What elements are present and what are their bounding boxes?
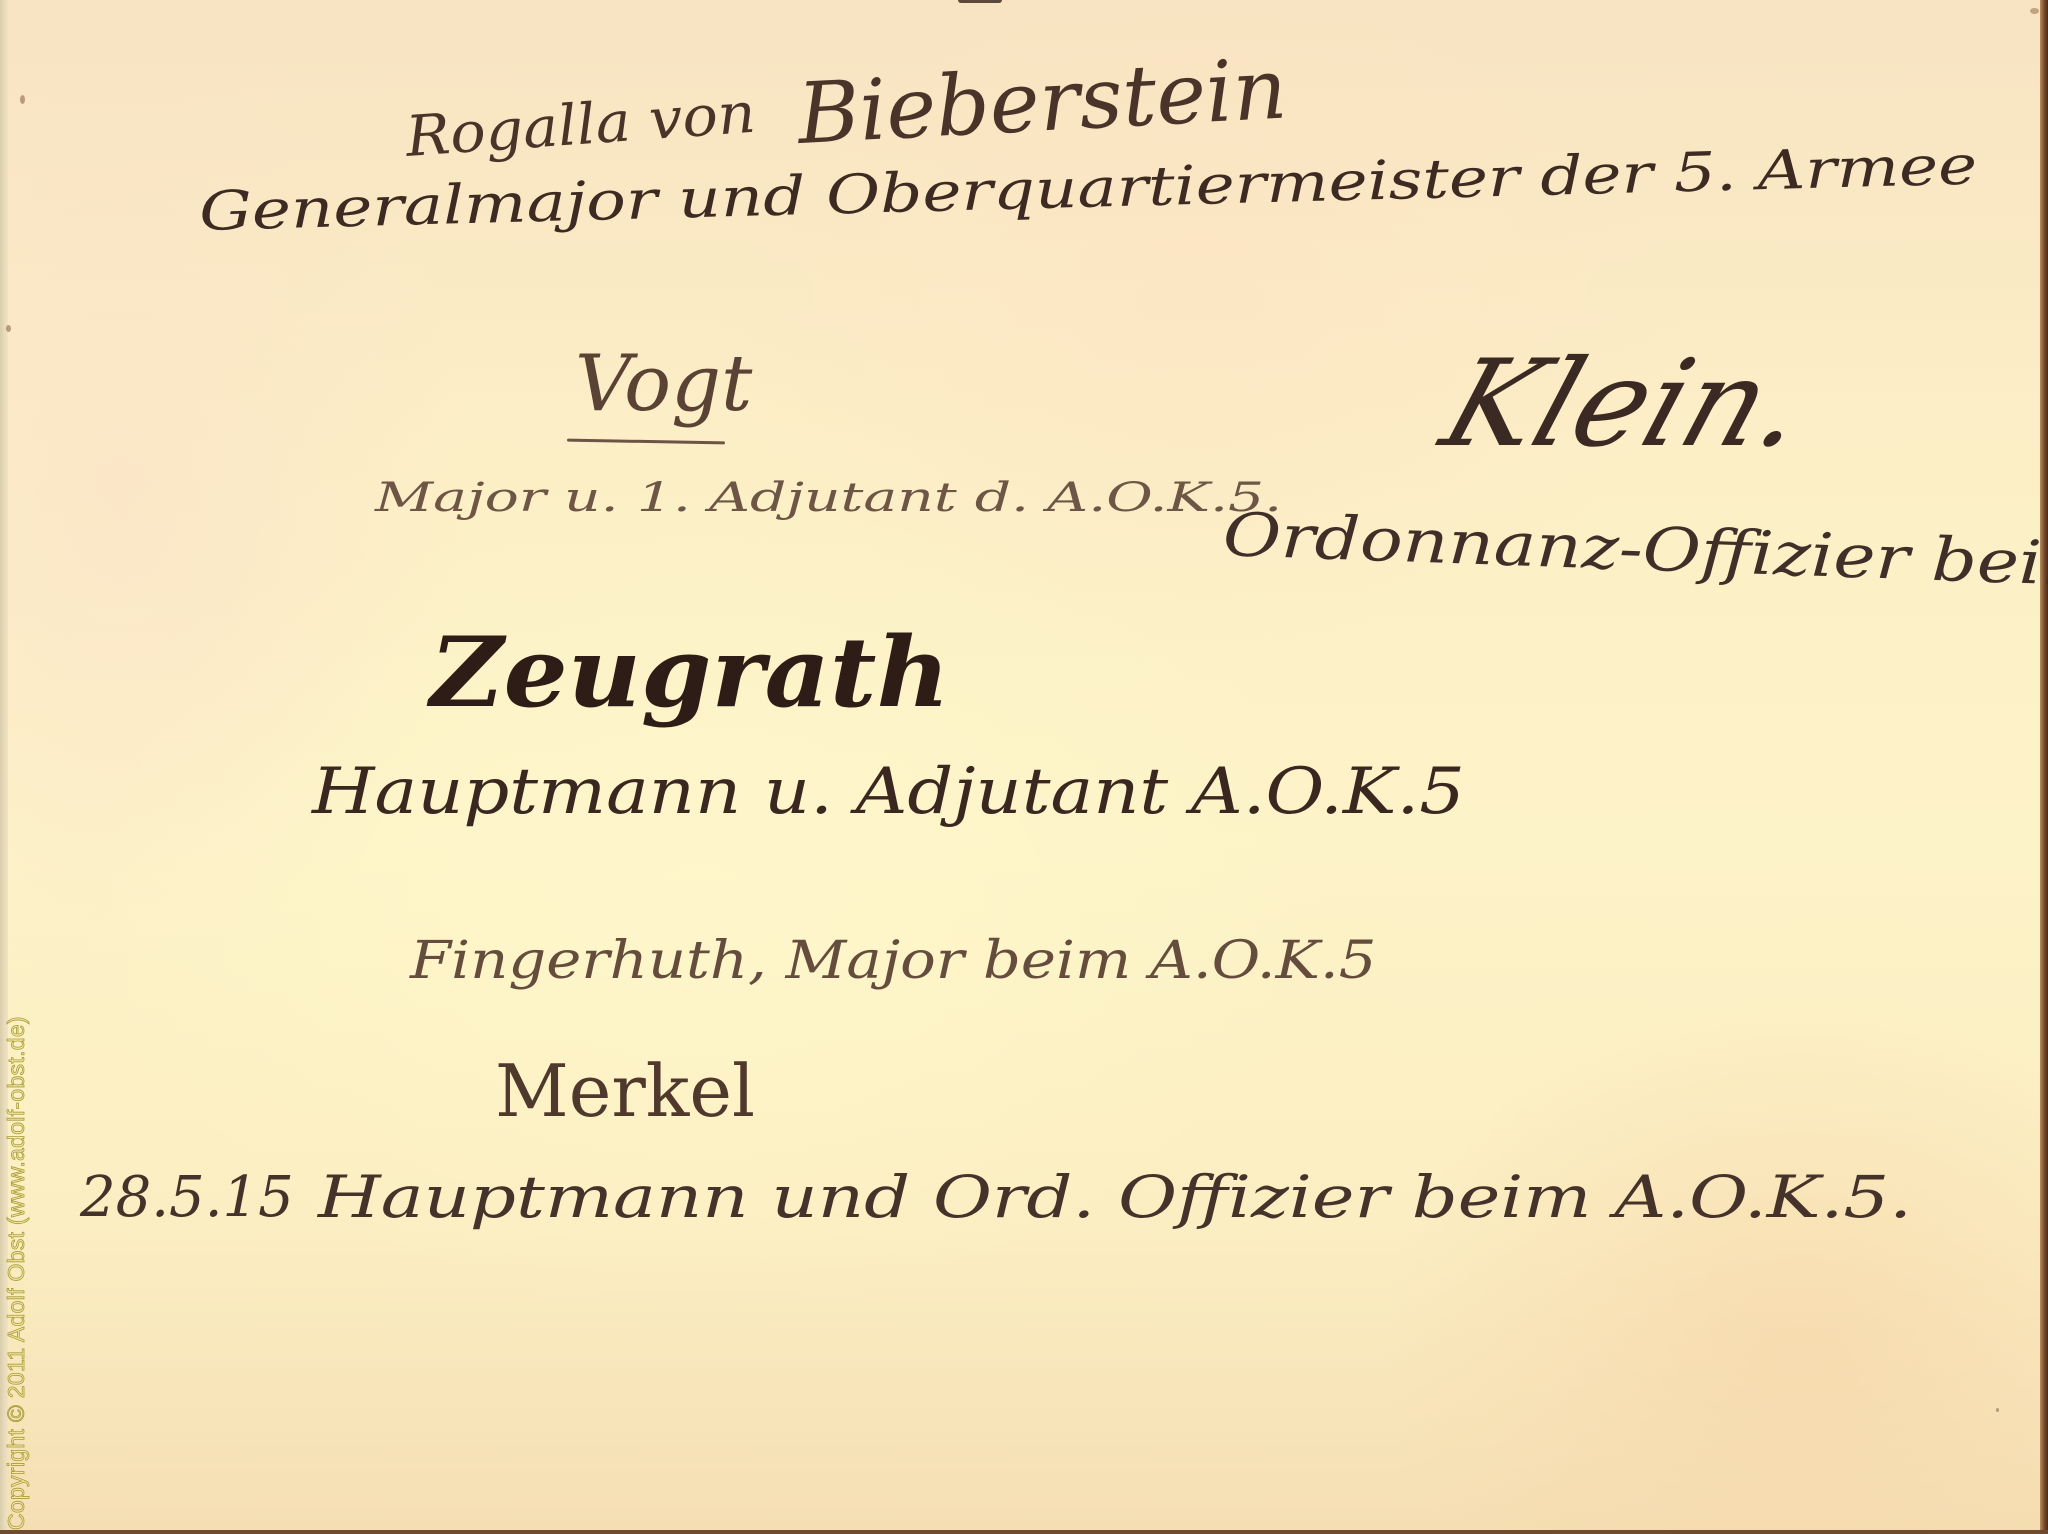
merkel-date: 28.5.15 bbox=[80, 1170, 294, 1226]
vogt-signature: Vogt bbox=[575, 345, 752, 423]
copyright-watermark: Copyright © 2011 Adolf Obst (www.adolf-o… bbox=[3, 1016, 30, 1530]
header-prefix-text: Rogalla von bbox=[404, 86, 757, 166]
paper-speck bbox=[2030, 8, 2039, 14]
header-signature: Bieberstein bbox=[796, 46, 1289, 156]
merkel-signature: Merkel bbox=[495, 1055, 755, 1127]
vogt-underline bbox=[567, 439, 725, 445]
fingerhuth-title: Fingerhuth, Major beim A.O.K.5 bbox=[410, 935, 1376, 987]
page-right-edge bbox=[2040, 0, 2048, 1534]
album-page: Rogalla von Bieberstein Generalmajor und… bbox=[0, 0, 2048, 1534]
paper-speck bbox=[20, 95, 25, 104]
vogt-title: Major u. 1. Adjutant d. A.O.K.5. bbox=[375, 478, 1282, 518]
zeugrath-signature: Zeugrath bbox=[430, 625, 950, 721]
merkel-title: Hauptmann und Ord. Offizier beim A.O.K.5… bbox=[318, 1168, 1912, 1226]
page-top-mark bbox=[958, 0, 1002, 3]
zeugrath-title: Hauptmann u. Adjutant A.O.K.5 bbox=[312, 760, 1465, 824]
paper-speck bbox=[6, 325, 11, 332]
page-bottom-edge bbox=[0, 1530, 2048, 1534]
klein-signature: Klein. bbox=[1430, 345, 1822, 465]
klein-title: Ordonnanz-Offizier beim A.O.K.5. bbox=[1222, 505, 2048, 607]
paper-speck bbox=[1996, 1408, 1999, 1412]
